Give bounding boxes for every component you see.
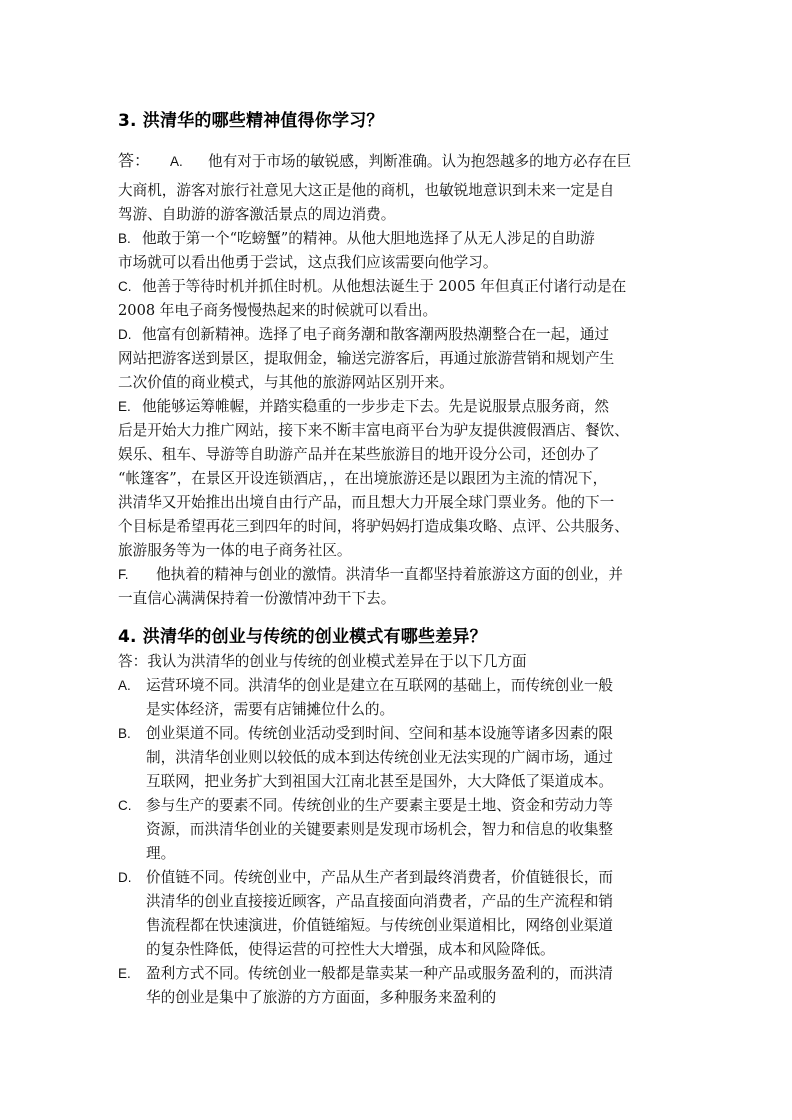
- answer-4-b-line-3: 互联网，把业务扩大到祖国大江南北甚至是国外，大大降低了渠道成本。: [146, 775, 613, 790]
- answer-4-intro: 答：我认为洪清华的创业与传统的创业模式差异在于以下几方面: [118, 655, 527, 670]
- answer-4-c-line-3: 理。: [146, 847, 175, 862]
- answer-4-e-line-2: 华的创业是集中了旅游的方方面面，多种服务来盈利的: [146, 991, 496, 1006]
- answer-4-a-line-1: A.运营环境不同。洪清华的创业是建立在互联网的基础上，而传统创业一般: [118, 679, 613, 694]
- answer-3-d-line-1: D.他富有创新精神。选择了电子商务潮和散客潮两股热潮整合在一起，通过: [118, 328, 609, 343]
- answer-label: 答：: [118, 151, 150, 170]
- section-3-heading: 3. 洪清华的哪些精神值得你学习？: [118, 106, 384, 131]
- answer-3-e-line-4: “帐篷客”，在景区开设连锁酒店，，在出境旅游还是以跟团为主流的情况下，: [118, 472, 607, 487]
- answer-3-c-line-2: 2008 年电子商务慢慢热起来的时候就可以看出。: [118, 304, 437, 319]
- answer-4-b-line-2: 制，洪清华创业则以较低的成本到达传统创业无法实现的广阔市场，通过: [146, 751, 613, 766]
- answer-3-e-line-5: 洪清华又开始推出出境自由行产品，而且想大力开展全球门票业务。他的下一: [118, 496, 614, 511]
- answer-3-e-line-1: E.他能够运筹帷幄，并踏实稳重的一步步走下去。先是说服景点服务商，然: [118, 400, 609, 415]
- answer-3-d-line-2: 网站把游客送到景区，提取佣金，输送完游客后，再通过旅游营销和规划产生: [118, 352, 614, 367]
- answer-3-f-line-1: F.他执着的精神与创业的激情。洪清华一直都坚持着旅游这方面的创业，并: [118, 568, 623, 583]
- answer-3-e-line-2: 后是开始大力推广网站，接下来不断丰富电商平台为驴友提供渡假酒店、餐饮、: [118, 424, 629, 439]
- answer-4-d-line-2: 洪清华的创业直接接近顾客，产品直接面向消费者，产品的生产流程和销: [146, 895, 613, 910]
- answer-3-b-line-2: 市场就可以看出他勇于尝试，这点我们应该需要向他学习。: [118, 256, 497, 271]
- section-4-heading: 4. 洪清华的创业与传统的创业模式有哪些差异？: [118, 622, 487, 647]
- answer-3-d-line-3: 二次价值的商业模式，与其他的旅游网站区别开来。: [118, 376, 454, 391]
- answer-3-a-line-1: 答：A.他有对于市场的敏锐感，判断准确。认为抱怨越多的地方必存在巨: [118, 153, 631, 170]
- answer-4-e-line-1: E.盈利方式不同。传统创业一般都是靠卖某一种产品或服务盈利的，而洪清: [118, 967, 613, 982]
- answer-4-d-line-4: 的复杂性降低，使得运营的可控性大大增强，成本和风险降低。: [146, 943, 555, 958]
- answer-3-c-line-1: C.他善于等待时机并抓住时机。从他想法诞生于 2005 年但真正付诸行动是在: [118, 280, 626, 295]
- answer-3-a-line-2: 大商机，游客对旅行社意见大这正是他的商机，也敏锐地意识到未来一定是自: [118, 184, 614, 199]
- answer-4-c-line-2: 资源，而洪清华创业的关键要素则是发现市场机会，智力和信息的收集整: [146, 823, 613, 838]
- answer-3-e-line-3: 娱乐、租车、导游等自助游产品并在某些旅游目的地开设分公司，还创办了: [118, 448, 600, 463]
- answer-4-d-line-3: 售流程都在快速演进，价值链缩短。与传统创业渠道相比，网络创业渠道: [146, 919, 613, 934]
- answer-4-b-line-1: B.创业渠道不同。传统创业活动受到时间、空间和基本设施等诸多因素的限: [118, 727, 613, 742]
- item-marker: A.: [170, 155, 208, 169]
- answer-3-f-line-2: 一直信心满满保持着一份激情冲劲干下去。: [118, 592, 395, 607]
- answer-4-a-line-2: 是实体经济，需要有店铺摊位什么的。: [146, 703, 394, 718]
- answer-3-b-line-1: B.他敢于第一个“吃螃蟹”的精神。从他大胆地选择了从无人涉足的自助游: [118, 232, 595, 247]
- answer-4-c-line-1: C.参与生产的要素不同。传统创业的生产要素主要是土地、资金和劳动力等: [118, 799, 613, 814]
- answer-3-e-line-7: 旅游服务等为一体的电子商务社区。: [118, 544, 352, 559]
- answer-3-e-line-6: 个目标是希望再花三到四年的时间，将驴妈妈打造成集攻略、点评、公共服务、: [118, 520, 629, 535]
- answer-4-d-line-1: D.价值链不同。传统创业中，产品从生产者到最终消费者，价值链很长，而: [118, 871, 613, 886]
- answer-3-a-line-3: 驾游、自助游的游客激活景点的周边消费。: [118, 208, 395, 223]
